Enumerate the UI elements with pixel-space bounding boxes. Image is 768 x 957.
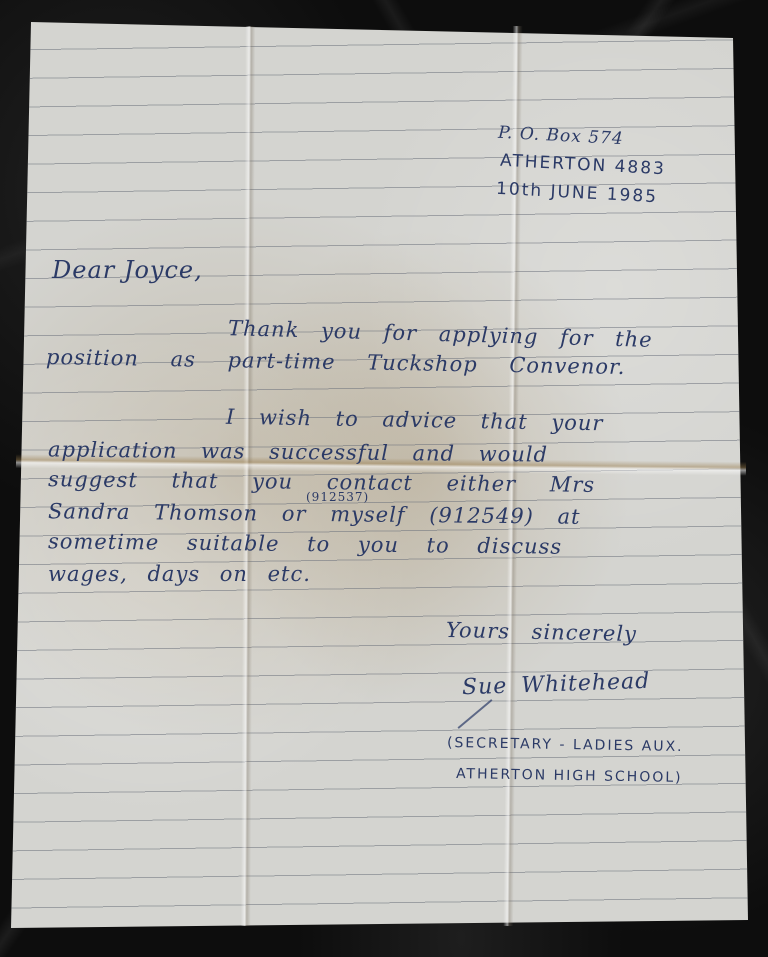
paragraph-2-line-6: wages, days on etc. — [48, 562, 311, 586]
salutation: Dear Joyce, — [52, 256, 203, 284]
closing: Yours sincerely — [446, 618, 637, 646]
